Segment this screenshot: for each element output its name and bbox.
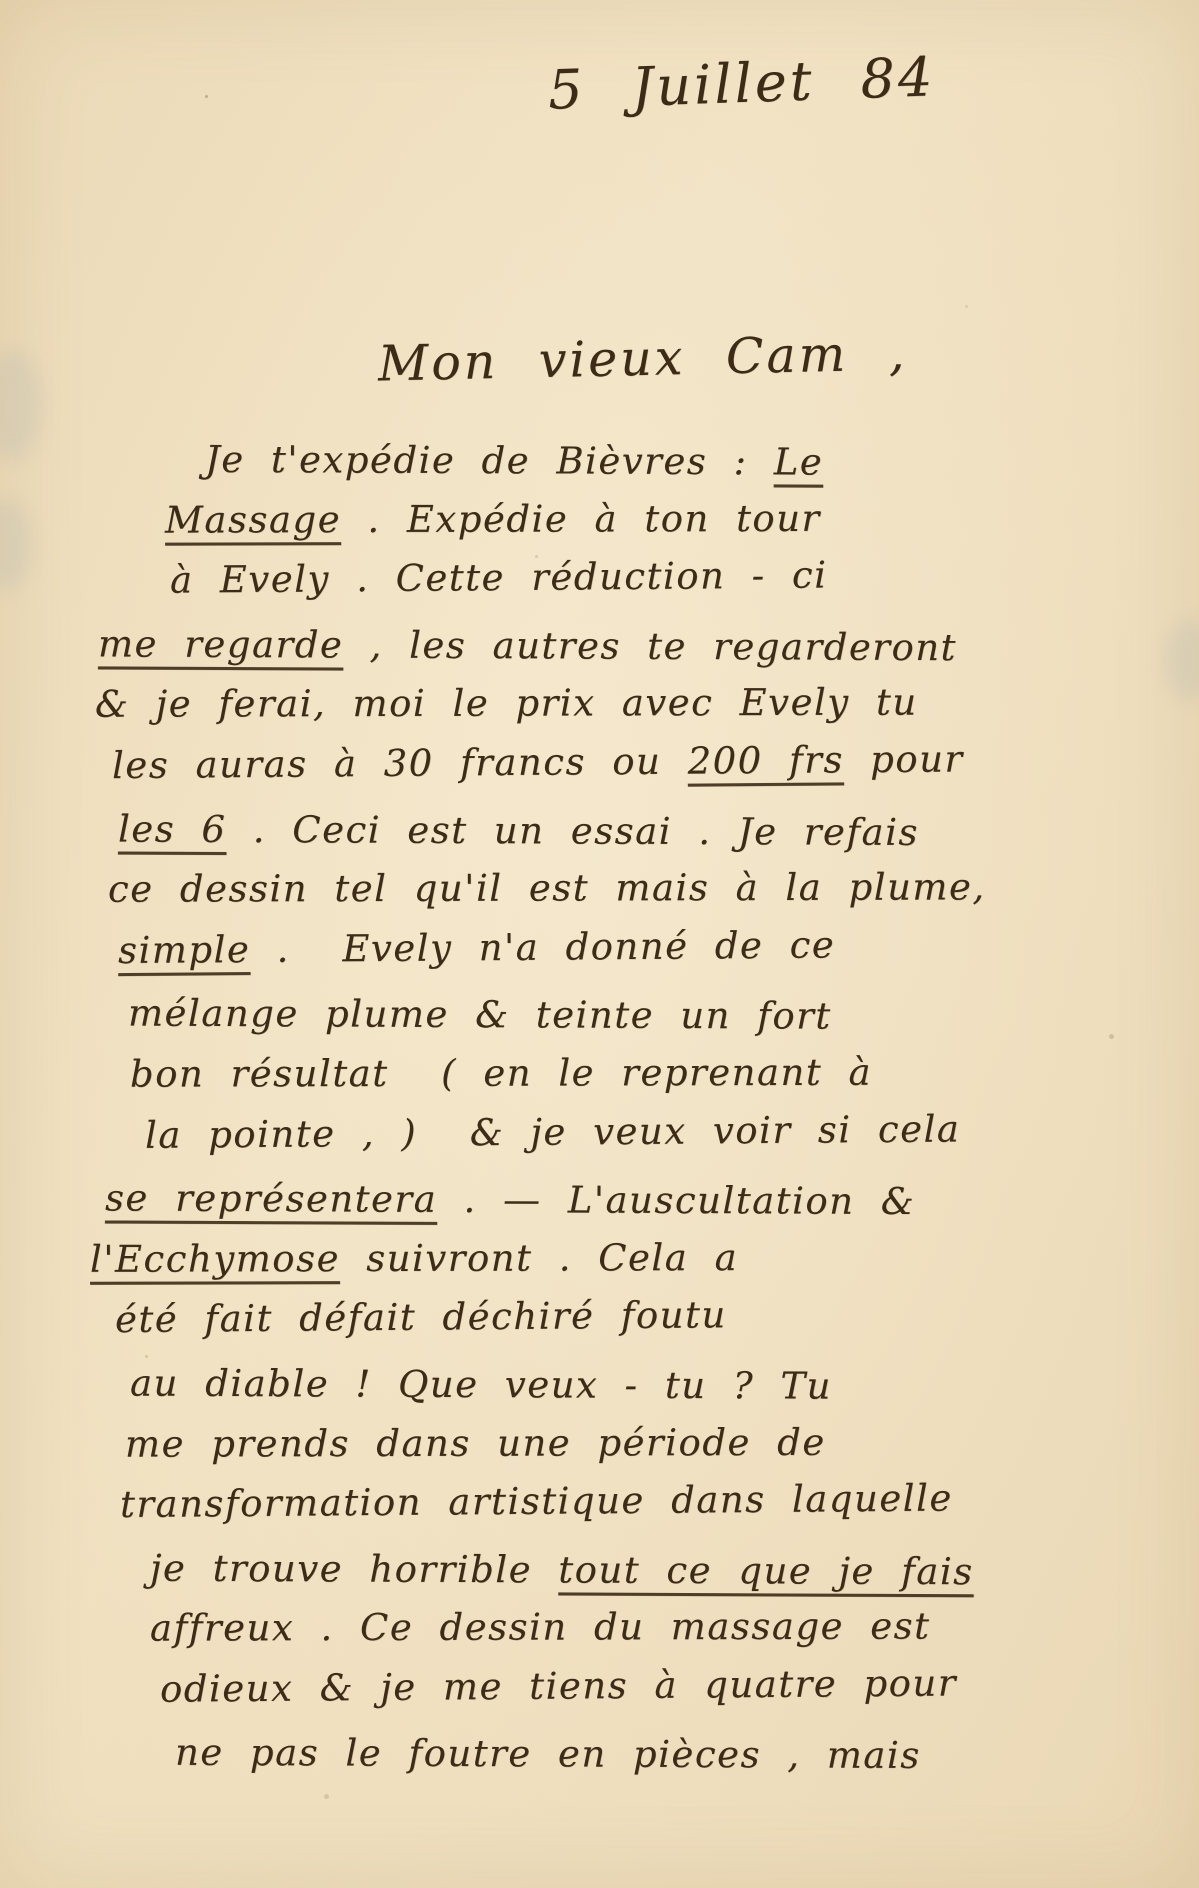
- letter-text-segment: la pointe , ) & je veux voir si cela: [145, 1107, 961, 1156]
- underlined-text: Massage: [165, 498, 341, 541]
- letter-text-segment: ce dessin tel qu'il est mais à la plume,: [108, 866, 986, 911]
- letter-text-segment: je trouve horrible: [150, 1546, 559, 1591]
- letter-text-segment: odieux & je me tiens à quatre pour: [160, 1661, 957, 1710]
- letter-text-segment: pour: [844, 737, 964, 781]
- underlined-text: les 6: [118, 807, 227, 850]
- letter-text-segment: bon résultat ( en le reprenant à: [130, 1051, 872, 1096]
- letter-text-segment: . Evely n'a donné de ce: [250, 923, 835, 971]
- letter-text-segment: & je ferai, moi le prix avec Evely tu: [95, 681, 918, 726]
- letter-line: Massage . Expédie à ton tour: [0, 486, 1199, 551]
- underlined-text: me regarde: [98, 622, 344, 666]
- letter-text-segment: été fait défait déchiré foutu: [115, 1294, 727, 1342]
- letter-text-segment: , les autres te regarderont: [343, 623, 957, 669]
- underlined-text: l'Ecchymose: [90, 1237, 340, 1281]
- underlined-text: tout ce que je fais: [558, 1548, 974, 1593]
- underlined-text: se représentera: [105, 1177, 437, 1221]
- underlined-text: 200 frs: [687, 738, 844, 782]
- letter-line: je trouve horrible tout ce que je fais: [0, 1537, 1199, 1604]
- letter-text-segment: transformation artistique dans laquelle: [120, 1477, 953, 1527]
- paper-specks: [205, 95, 208, 98]
- letter-text-segment: me prends dans une période de: [125, 1420, 826, 1465]
- letter-line: se représentera . — L'auscultation &: [0, 1167, 1199, 1234]
- underlined-text: Le: [774, 440, 824, 483]
- letter-text-segment: au diable ! Que veux - tu ? Tu: [130, 1361, 832, 1407]
- letter-text-segment: . — L'auscultation &: [437, 1178, 915, 1223]
- letter-text-segment: mélange plume & teinte un fort: [128, 992, 832, 1038]
- letter-line: transformation artistique dans laquelle: [0, 1466, 1199, 1537]
- letter-line: les 6 . Ceci est un essai . Je refais: [0, 798, 1199, 865]
- letter-line: odieux & je me tiens à quatre pour: [0, 1650, 1199, 1721]
- letter-line: ne pas le foutre en pièces , mais: [0, 1721, 1199, 1788]
- letter-line: été fait défait déchiré foutu: [0, 1281, 1199, 1352]
- letter-line: à Evely . Cette réduction - ci: [0, 542, 1199, 613]
- letter-line: ce dessin tel qu'il est mais à la plume,: [0, 856, 1199, 921]
- letter-line: & je ferai, moi le prix avec Evely tu: [0, 671, 1199, 736]
- letter-body: Je t'expédie de Bièvres : LeMassage . Ex…: [0, 428, 1199, 1783]
- letter-line: affreux . Ce dessin du massage est: [0, 1595, 1199, 1660]
- letter-line: bon résultat ( en le reprenant à: [0, 1041, 1199, 1106]
- letter-line: la pointe , ) & je veux voir si cela: [0, 1096, 1199, 1167]
- letter-text-segment: . Expédie à ton tour: [341, 496, 821, 540]
- letter-text-segment: les auras à 30 francs ou: [112, 740, 688, 788]
- letter-line: me prends dans une période de: [0, 1410, 1199, 1475]
- letter-line: mélange plume & teinte un fort: [0, 982, 1199, 1049]
- letter-text-segment: suivront . Cela a: [340, 1236, 738, 1280]
- date-line: 5 Juillet 84: [547, 45, 936, 121]
- salutation: Mon vieux Cam ,: [377, 324, 907, 392]
- letter-line: me regarde , les autres te regarderont: [0, 613, 1199, 680]
- letter-text-segment: affreux . Ce dessin du massage est: [150, 1605, 931, 1650]
- letter-line: les auras à 30 francs ou 200 frs pour: [0, 727, 1199, 798]
- letter-text-segment: ne pas le foutre en pièces , mais: [175, 1731, 921, 1777]
- letter-line: l'Ecchymose suivront . Cela a: [0, 1226, 1199, 1291]
- letter-text-segment: . Ceci est un essai . Je refais: [226, 808, 919, 854]
- letter-line: simple . Evely n'a donné de ce: [0, 911, 1199, 982]
- underlined-text: simple: [118, 928, 251, 972]
- letter-text-segment: Je t'expédie de Bièvres :: [205, 438, 774, 483]
- letter-line: au diable ! Que veux - tu ? Tu: [0, 1352, 1199, 1419]
- letter-line: Je t'expédie de Bièvres : Le: [0, 428, 1199, 495]
- letter-page: 5 Juillet 84 Mon vieux Cam , Je t'expédi…: [0, 0, 1199, 1888]
- letter-text-segment: à Evely . Cette réduction - ci: [170, 554, 828, 602]
